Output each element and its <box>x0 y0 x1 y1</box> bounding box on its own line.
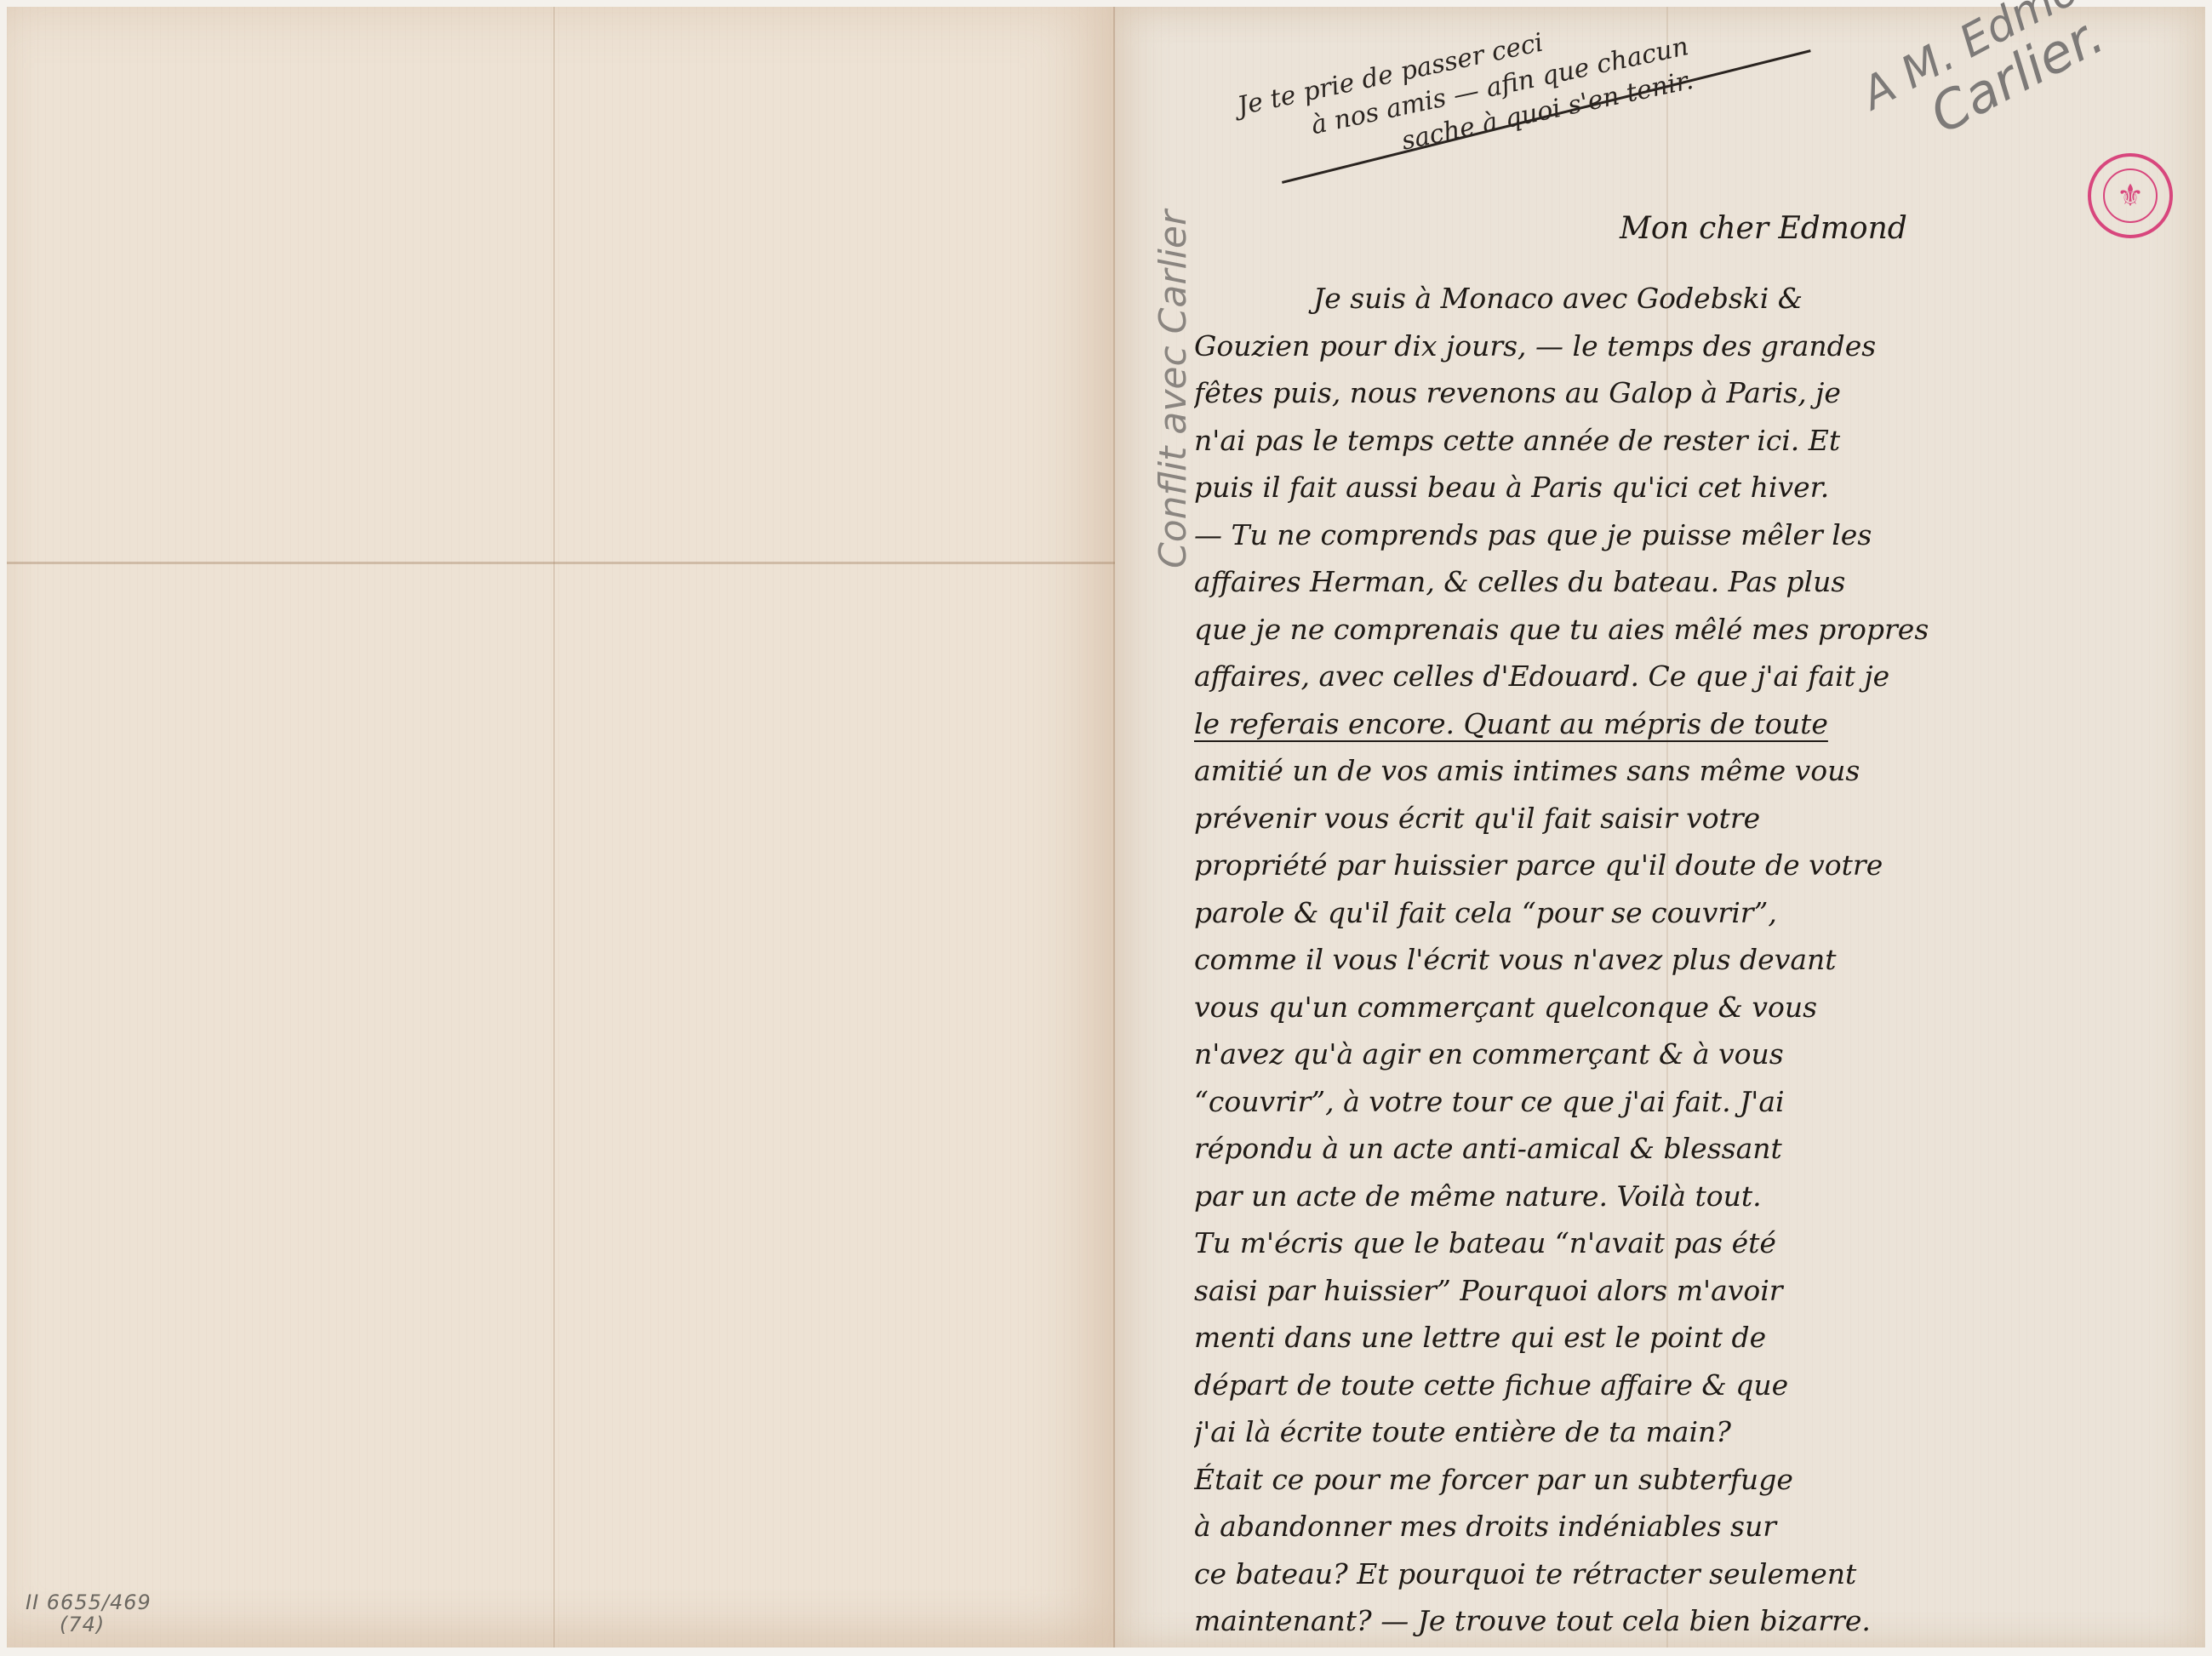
body-line: répondu à un acte anti-amical & blessant <box>1194 1125 2198 1173</box>
body-line: prévenir vous écrit qu'il fait saisir vo… <box>1194 795 2198 842</box>
body-line: vous qu'un commerçant quelconque & vous <box>1194 984 2198 1031</box>
vertical-fold-crease <box>553 7 555 1647</box>
body-line: puis il fait aussi beau à Paris qu'ici c… <box>1194 464 2198 511</box>
body-line: parole & qu'il fait cela “pour se couvri… <box>1194 889 2198 937</box>
catalog-number-sub: (74) <box>26 1613 151 1636</box>
body-line: fêtes puis, nous revenons au Galop à Par… <box>1194 369 2198 417</box>
letter-body: Je suis à Monaco avec Godebski & Gouzien… <box>1194 275 2198 1645</box>
body-line: maintenant? — Je trouve tout cela bien b… <box>1194 1597 2198 1645</box>
library-stamp-icon: ⚜ <box>2088 153 2173 238</box>
body-line: départ de toute cette fichue affaire & q… <box>1194 1362 2198 1409</box>
body-line: n'ai pas le temps cette année de rester … <box>1194 417 2198 465</box>
body-line: Je suis à Monaco avec Godebski & <box>1194 275 2198 323</box>
left-page-verso: II 6655/469 (74) <box>7 7 1115 1647</box>
body-line: comme il vous l'écrit vous n'avez plus d… <box>1194 936 2198 984</box>
body-line: “couvrir”, à votre tour ce que j'ai fait… <box>1194 1078 2198 1126</box>
body-line: Gouzien pour dix jours, — le temps des g… <box>1194 323 2198 370</box>
body-line: ce bateau? Et pourquoi te rétracter seul… <box>1194 1550 2198 1598</box>
catalog-number-main: II 6655/469 <box>26 1591 151 1613</box>
horizontal-fold-crease <box>7 562 1115 564</box>
body-line: Était ce pour me forcer par un subterfug… <box>1194 1456 2198 1504</box>
salutation: Mon cher Edmond <box>1620 211 1907 246</box>
body-line: j'ai là écrite toute entière de ta main? <box>1194 1408 2198 1456</box>
body-line: — Tu ne comprends pas que je puisse mêle… <box>1194 511 2198 559</box>
body-line: que je ne comprenais que tu aies mêlé me… <box>1194 606 2198 654</box>
body-line: affaires Herman, & celles du bateau. Pas… <box>1194 558 2198 606</box>
catalog-number: II 6655/469 (74) <box>26 1591 151 1636</box>
body-line: n'avez qu'à agir en commerçant & à vous <box>1194 1031 2198 1078</box>
body-line: affaires, avec celles d'Edouard. Ce que … <box>1194 653 2198 700</box>
pencil-margin-note: Conflit avec Carlier <box>1152 210 1195 568</box>
body-line: menti dans une lettre qui est le point d… <box>1194 1314 2198 1362</box>
letter-sheet: II 6655/469 (74) Conflit avec Carlier Je… <box>7 7 2205 1647</box>
body-line: saisi par huissier” Pourquoi alors m'avo… <box>1194 1267 2198 1315</box>
body-line: le referais encore. Quant au mépris de t… <box>1194 700 2198 748</box>
body-line: par un acte de même nature. Voilà tout. <box>1194 1173 2198 1220</box>
body-line: Tu m'écris que le bateau “n'avait pas ét… <box>1194 1219 2198 1267</box>
body-line: amitié un de vos amis intimes sans même … <box>1194 747 2198 795</box>
stamp-emblem-icon: ⚜ <box>2103 168 2158 223</box>
body-line: à abandonner mes droits indéniables sur <box>1194 1503 2198 1550</box>
body-line: propriété par huissier parce qu'il doute… <box>1194 842 2198 889</box>
